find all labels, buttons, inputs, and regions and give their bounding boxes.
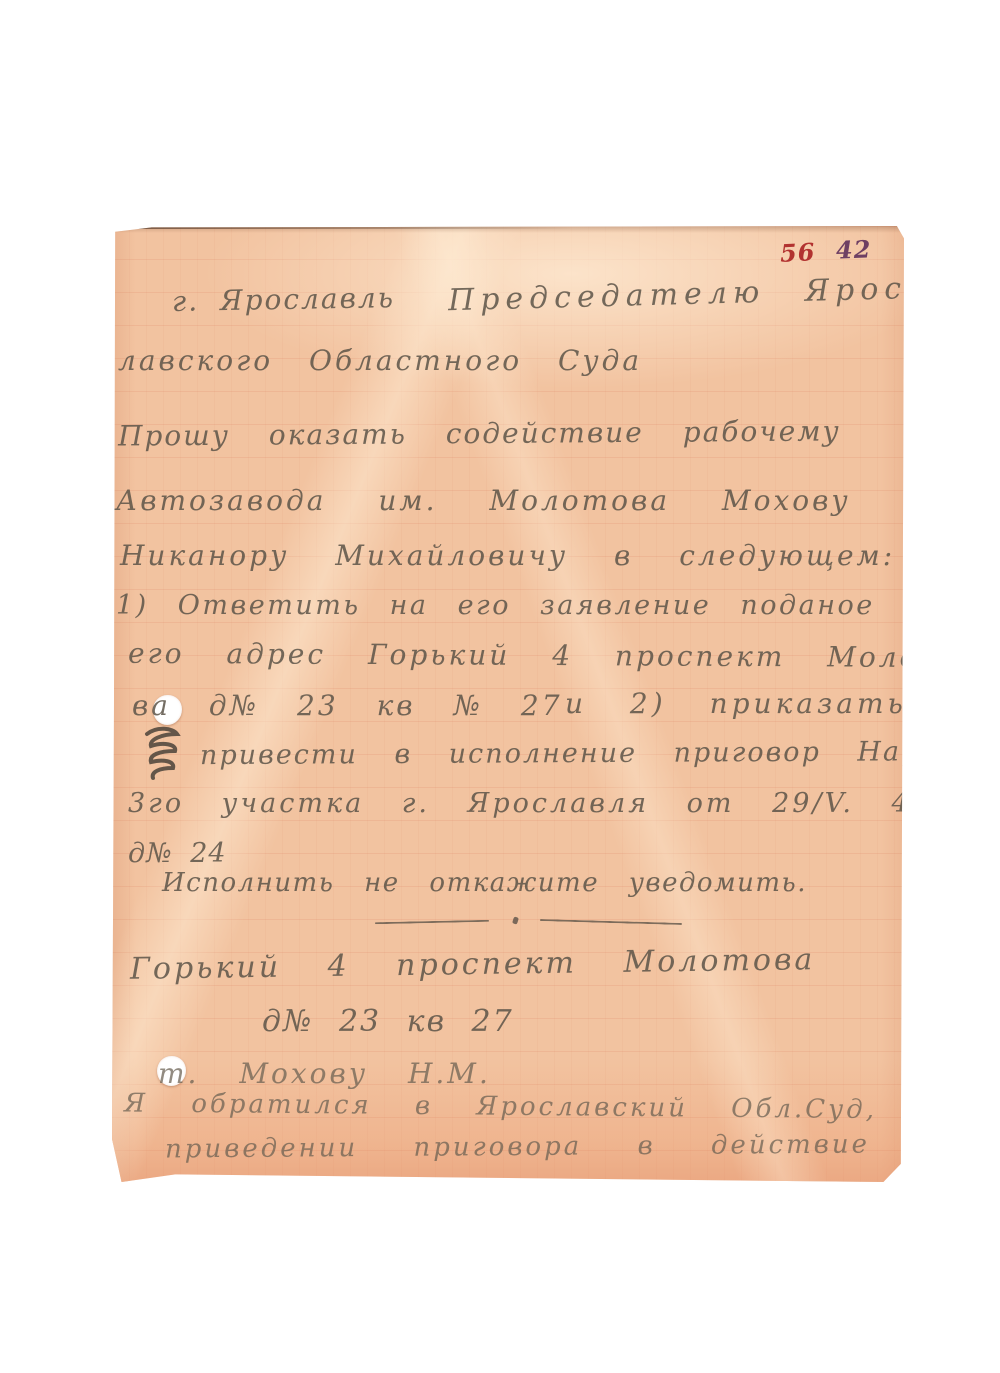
handwritten-line-request: Прошу оказать содействие рабочему xyxy=(118,417,841,450)
handwritten-line-recipient: т. Мохову Н.М. xyxy=(158,1060,491,1088)
section-divider xyxy=(375,915,695,929)
divider-dash-right xyxy=(540,919,682,925)
handwritten-line-city: г. Ярославль xyxy=(172,284,395,316)
letter-paper: 56 42 г. Ярославль Председателю Ярос- ла… xyxy=(112,226,904,1182)
handwritten-line-name: Никанору Михайловичу в следующем: xyxy=(120,542,895,570)
handwritten-line-closing: Исполнить не откажите уведомить. xyxy=(162,870,807,896)
handwritten-line-verdict: привести в исполнение приговор Нарсуда xyxy=(200,738,992,769)
scanned-letter-page: 56 42 г. Ярославль Председателю Ярос- ла… xyxy=(0,0,1000,1373)
handwritten-line-factory: Автозавода им. Молотова Мохову xyxy=(116,487,851,515)
handwritten-line-address1: его адрес Горький 4 проспект Молото- xyxy=(128,640,981,672)
handwritten-line-addressee-1: Председателю Ярос- xyxy=(448,274,924,316)
archive-number-purple: 42 xyxy=(836,234,872,264)
handwritten-line-address2: ва д№ 23 кв № 27 xyxy=(132,692,563,720)
handwritten-line-item1: 1) Ответить на его заявление поданое Вам… xyxy=(116,592,981,619)
handwritten-line-item2: и 2) приказать xyxy=(565,690,907,718)
handwritten-line-case-number: д№ 24 xyxy=(128,840,227,867)
archive-number-red: 56 xyxy=(779,237,816,268)
handwritten-line-address3: Горький 4 проспект Молотова xyxy=(130,945,816,985)
divider-dot xyxy=(512,916,519,924)
divider-dash-left xyxy=(375,920,489,924)
handwritten-line-note1: Я обратился в Ярославский Обл.Суд, о xyxy=(124,1090,939,1123)
handwritten-line-address4: д№ 23 кв 27 xyxy=(262,1007,514,1037)
crossed-out-mark xyxy=(143,724,185,782)
handwritten-line-addressee-2: лавского Областного Суда xyxy=(118,347,642,375)
handwritten-line-court-date: 3го участка г. Ярославля от 29/V. 47г. xyxy=(128,790,960,817)
handwritten-line-note2: приведении приговора в действие xyxy=(165,1132,870,1163)
